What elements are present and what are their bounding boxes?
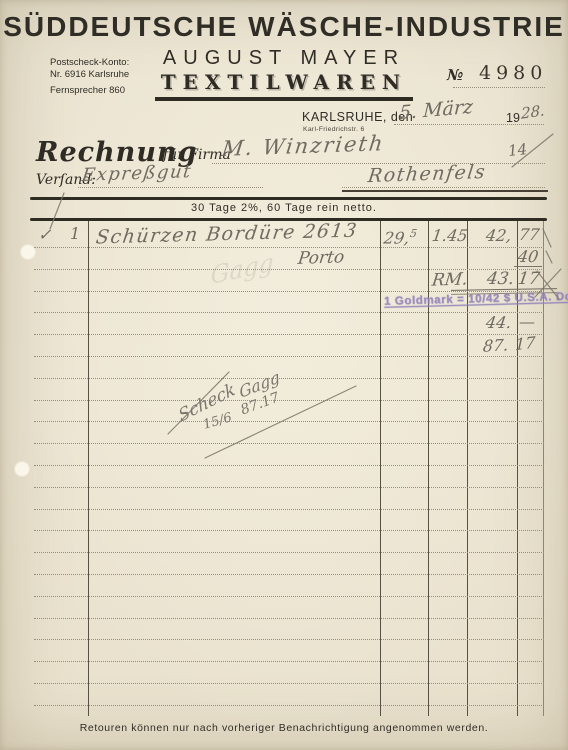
note-diagonal-2 xyxy=(205,386,356,458)
tick-after-77 xyxy=(543,229,551,247)
slash-after-14 xyxy=(512,134,553,167)
punch-hole-bottom xyxy=(14,461,30,477)
invoice-document: SÜDDEUTSCHE WÄSCHE-INDUSTRIE AUGUST MAYE… xyxy=(0,0,568,750)
note-diagonal-1 xyxy=(168,372,229,434)
slash-left-margin xyxy=(50,193,64,229)
footer-notice: Retouren können nur nach vorheriger Bena… xyxy=(0,722,568,734)
punch-hole-top xyxy=(20,244,36,260)
pencil-strokes xyxy=(0,0,568,750)
tick-after-40 xyxy=(546,251,552,263)
